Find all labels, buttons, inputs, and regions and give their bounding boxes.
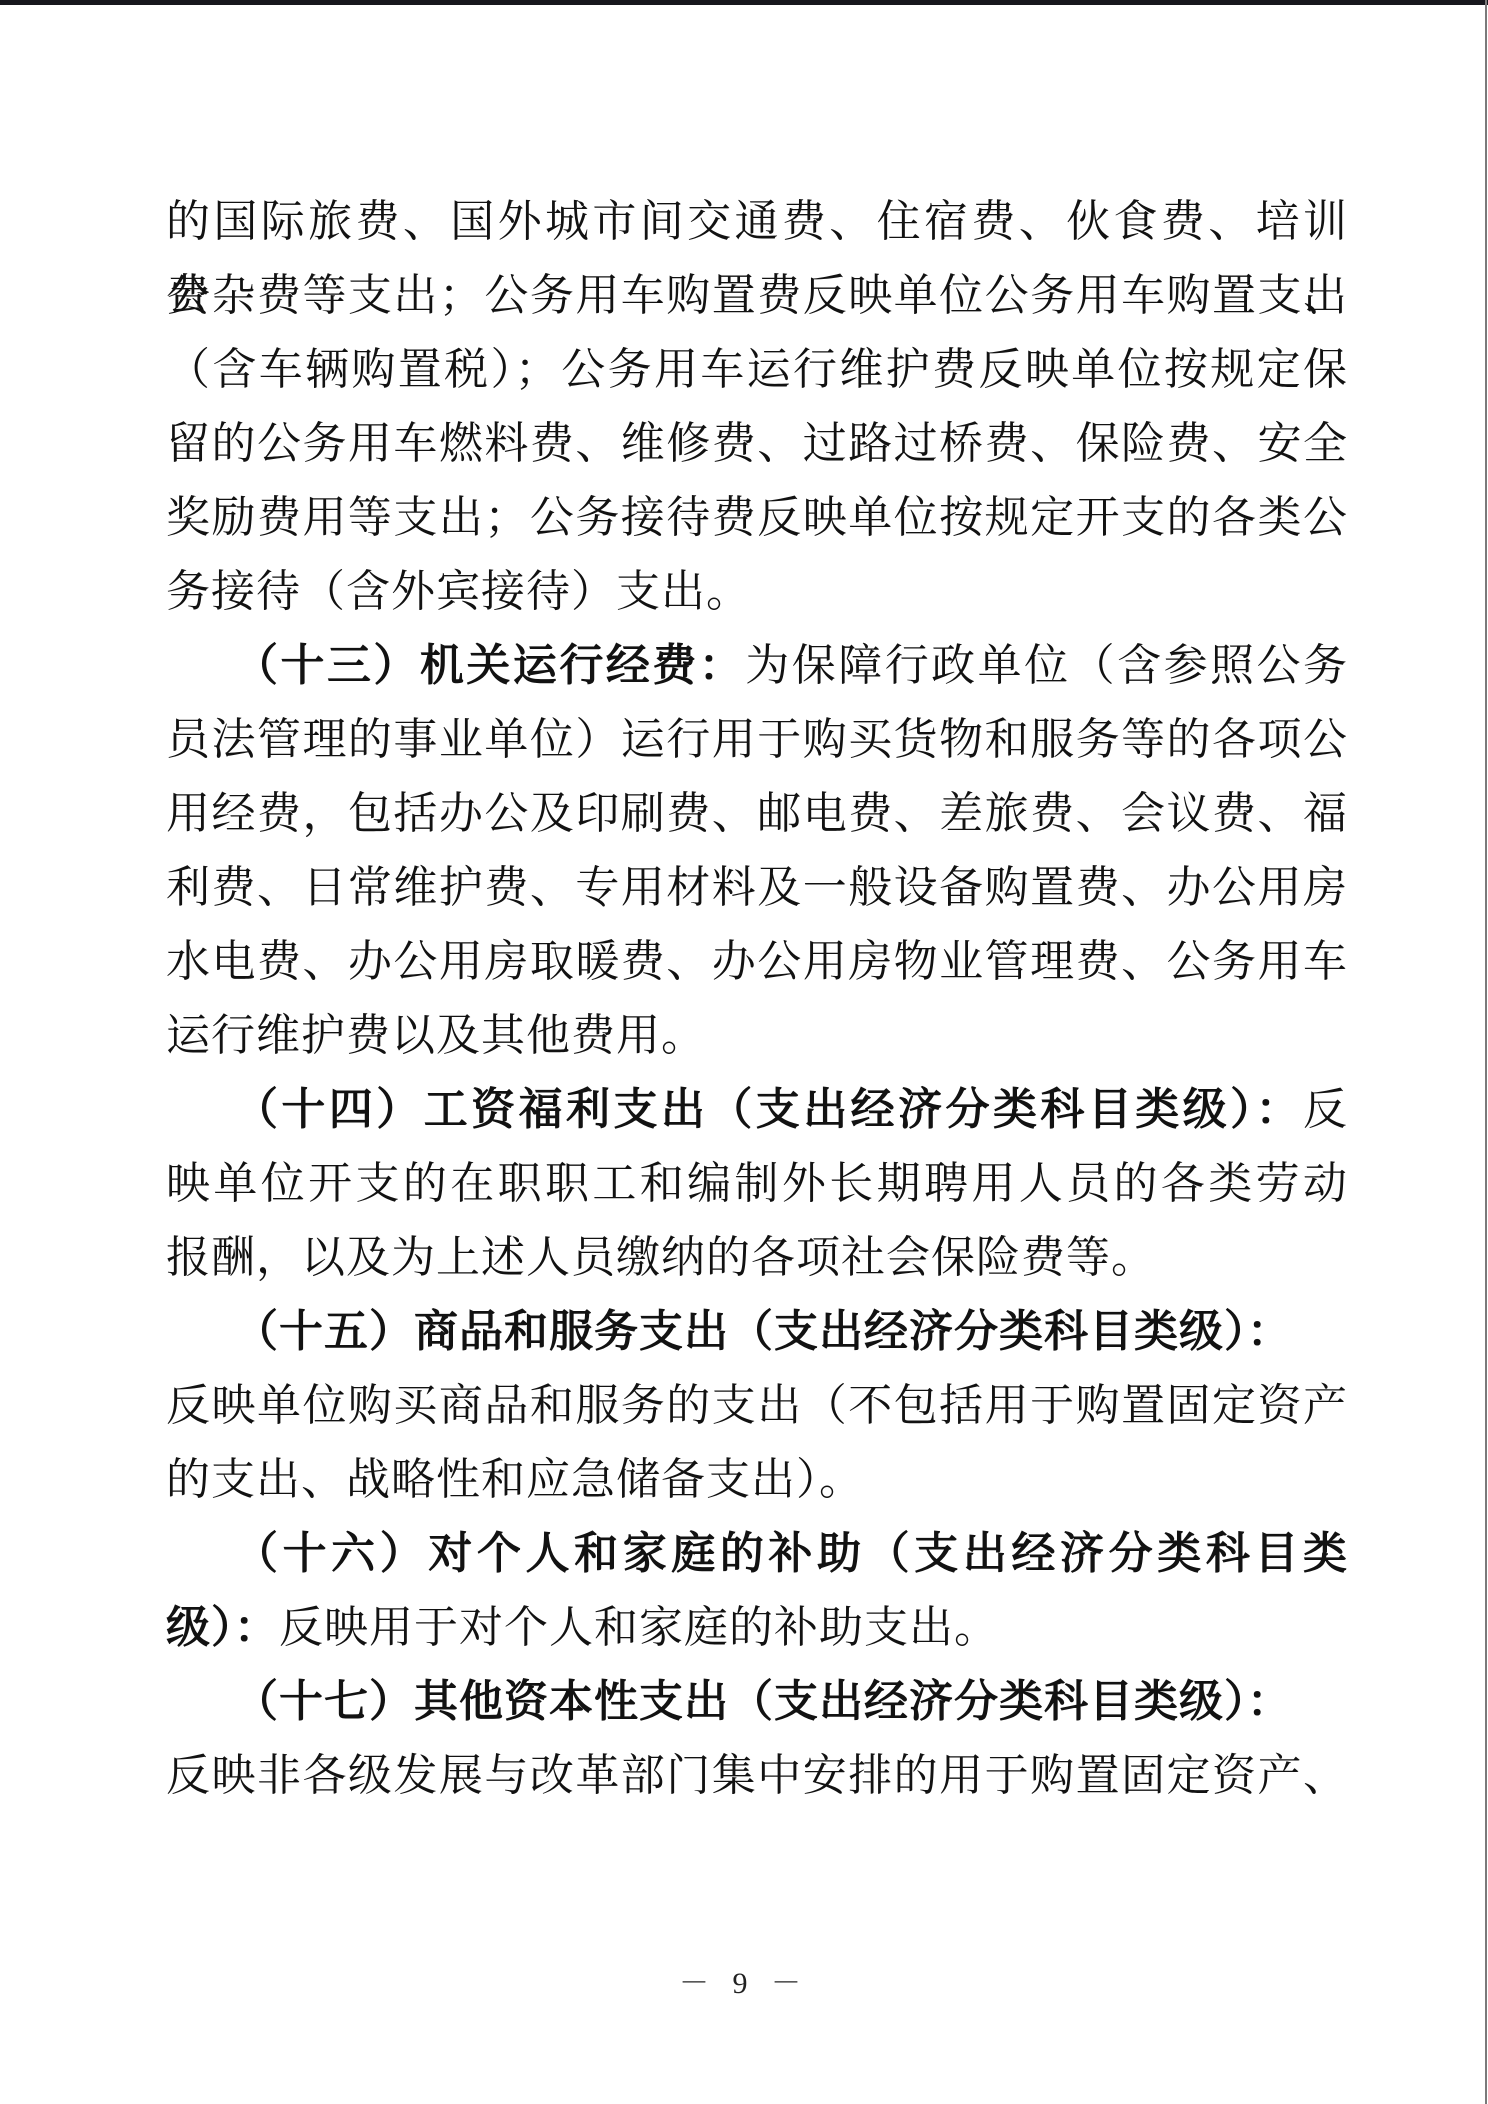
text-segment: 员法管理的事业单位）运行用于购买货物和服务等的各项公: [166, 715, 1348, 764]
text-segment: 水电费、办公用房取暖费、办公用房物业管理费、公务用车: [166, 937, 1348, 986]
heading-segment: （十三）机关运行经费：: [234, 641, 745, 690]
text-line: 级）：反映用于对个人和家庭的补助支出。: [166, 1591, 1348, 1665]
text-segment: 的支出、战略性和应急储备支出）。: [166, 1455, 864, 1504]
scan-edge-top: [0, 0, 1488, 5]
text-line: 的支出、战略性和应急储备支出）。: [166, 1443, 1348, 1517]
text-line: 运行维护费以及其他费用。: [166, 999, 1348, 1073]
text-line-heading-17: （十七）其他资本性支出（支出经济分类科目类级）：: [166, 1665, 1348, 1739]
text-line: 员法管理的事业单位）运行用于购买货物和服务等的各项公: [166, 703, 1348, 777]
document-text: 的国际旅费、国外城市间交通费、住宿费、伙食费、培训费、 公杂费等支出；公务用车购…: [166, 185, 1348, 1813]
text-line: 反映单位购买商品和服务的支出（不包括用于购置固定资产: [166, 1369, 1348, 1443]
scan-edge-right: [1485, 0, 1487, 2104]
text-line: 反映非各级发展与改革部门集中安排的用于购置固定资产、: [166, 1739, 1348, 1813]
text-segment: 运行维护费以及其他费用。: [166, 1011, 706, 1060]
text-line: 留的公务用车燃料费、维修费、过路过桥费、保险费、安全: [166, 407, 1348, 481]
text-line-heading-16: （十六）对个人和家庭的补助（支出经济分类科目类: [166, 1517, 1348, 1591]
text-segment: （含车辆购置税）；公务用车运行维护费反映单位按规定保: [166, 345, 1348, 394]
text-segment: 利费、日常维护费、专用材料及一般设备购置费、办公用房: [166, 863, 1348, 912]
text-segment: 留的公务用车燃料费、维修费、过路过桥费、保险费、安全: [166, 419, 1348, 468]
heading-segment: （十五）商品和服务支出（支出经济分类科目类级）：: [234, 1307, 1292, 1356]
text-line: （含车辆购置税）；公务用车运行维护费反映单位按规定保: [166, 333, 1348, 407]
text-line: 水电费、办公用房取暖费、办公用房物业管理费、公务用车: [166, 925, 1348, 999]
heading-segment: （十四）工资福利支出（支出经济分类科目类级）：: [234, 1085, 1303, 1134]
text-line-heading-13: （十三）机关运行经费：为保障行政单位（含参照公务: [166, 629, 1348, 703]
text-segment: 映单位开支的在职职工和编制外长期聘用人员的各类劳动: [166, 1159, 1348, 1208]
text-line: 公杂费等支出；公务用车购置费反映单位公务用车购置支出: [166, 259, 1348, 333]
text-line-heading-15: （十五）商品和服务支出（支出经济分类科目类级）：: [166, 1295, 1348, 1369]
text-segment: 报酬，以及为上述人员缴纳的各项社会保险费等。: [166, 1233, 1156, 1282]
text-segment: 反映用于对个人和家庭的补助支出。: [279, 1603, 999, 1652]
text-segment: 为保障行政单位（含参照公务: [745, 641, 1348, 690]
text-line: 用经费，包括办公及印刷费、邮电费、差旅费、会议费、福: [166, 777, 1348, 851]
heading-segment: 级）：: [166, 1603, 279, 1652]
page-number: － 9 －: [0, 1958, 1488, 2002]
text-segment: 用经费，包括办公及印刷费、邮电费、差旅费、会议费、福: [166, 789, 1348, 838]
text-line: 映单位开支的在职职工和编制外长期聘用人员的各类劳动: [166, 1147, 1348, 1221]
text-segment: 奖励费用等支出；公务接待费反映单位按规定开支的各类公: [166, 493, 1348, 542]
text-segment: 反映非各级发展与改革部门集中安排的用于购置固定资产、: [166, 1751, 1348, 1800]
document-page: { "page": { "footer": { "page_number": "…: [0, 0, 1488, 2104]
text-segment: 公杂费等支出；公务用车购置费反映单位公务用车购置支出: [166, 271, 1348, 320]
text-line-heading-14: （十四）工资福利支出（支出经济分类科目类级）：反: [166, 1073, 1348, 1147]
text-segment: 反: [1303, 1085, 1348, 1134]
text-line: 奖励费用等支出；公务接待费反映单位按规定开支的各类公: [166, 481, 1348, 555]
text-line: 的国际旅费、国外城市间交通费、住宿费、伙食费、培训费、: [166, 185, 1348, 259]
heading-segment: （十七）其他资本性支出（支出经济分类科目类级）：: [234, 1677, 1292, 1726]
text-line: 报酬，以及为上述人员缴纳的各项社会保险费等。: [166, 1221, 1348, 1295]
text-segment: 务接待（含外宾接待）支出。: [166, 567, 751, 616]
text-line: 利费、日常维护费、专用材料及一般设备购置费、办公用房: [166, 851, 1348, 925]
text-segment: 反映单位购买商品和服务的支出（不包括用于购置固定资产: [166, 1381, 1348, 1430]
text-line: 务接待（含外宾接待）支出。: [166, 555, 1348, 629]
heading-segment: （十六）对个人和家庭的补助（支出经济分类科目类: [234, 1529, 1348, 1578]
